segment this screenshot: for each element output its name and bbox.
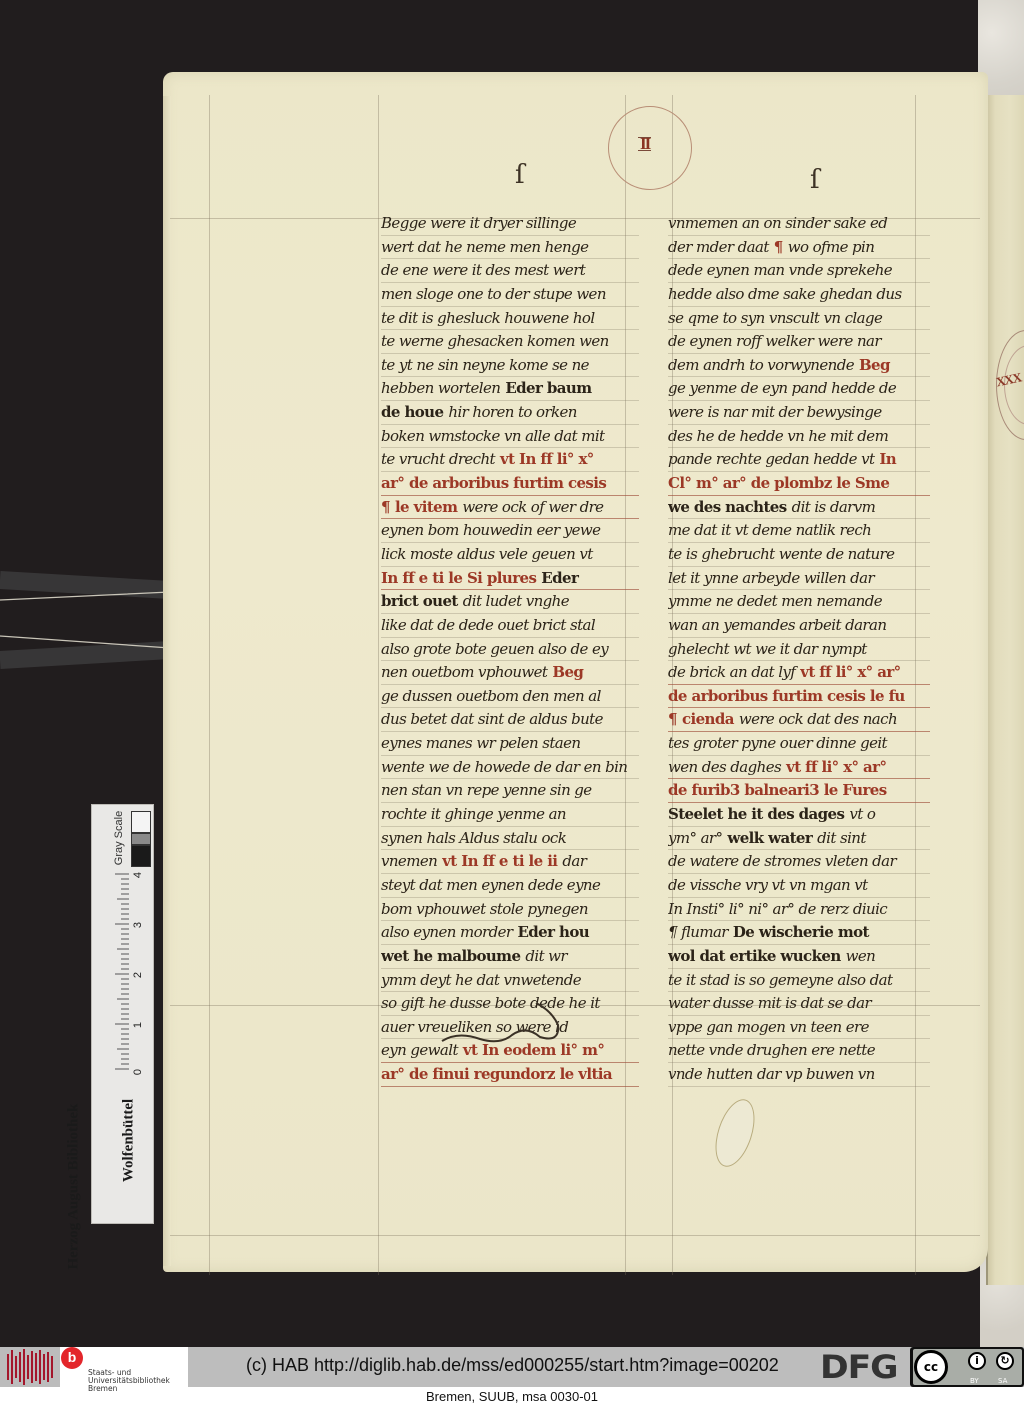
manuscript-line: like dat de dede ouet brict stal xyxy=(381,614,639,638)
rubric-paragraph-mark: Beg xyxy=(859,356,890,374)
manuscript-line: ym° ar°welk waterdit sint xyxy=(668,827,930,851)
folio-number: II xyxy=(638,137,651,151)
line-text: dit is darvm xyxy=(792,498,876,516)
line-text: dede eynen man vnde sprekehe xyxy=(668,261,892,279)
manuscript-line: ymm deyt he dat vnwetende xyxy=(381,969,639,993)
line-text: de watere de stromes vleten dar xyxy=(668,852,896,870)
rubric-citation: cienda xyxy=(682,710,734,728)
manuscript-line: de furib3 balneari3 le Fures xyxy=(668,779,930,803)
manuscript-line: wente we de howede de dar en bin xyxy=(381,756,639,780)
rubric-citation: ar° de finui regundorz le vltia xyxy=(381,1065,612,1083)
next-leaf xyxy=(986,95,1024,1285)
manuscript-line: ghelecht wt we it dar nympt xyxy=(668,638,930,662)
line-text: wo ofme pin xyxy=(788,238,875,256)
line-text: ge dussen ouetbom den men al xyxy=(381,687,601,705)
line-text: synen hals Aldus stalu ock xyxy=(381,829,566,847)
manuscript-line: rochte it ghinge yenme an xyxy=(381,803,639,827)
manuscript-line: were is nar mit der bewysinge xyxy=(668,401,930,425)
manuscript-line: brict ouetdit ludet vnghe xyxy=(381,590,639,614)
manuscript-line: te it stad is so gemeyne also dat xyxy=(668,969,930,993)
manuscript-line: water dusse mit is dat se dar xyxy=(668,992,930,1016)
manuscript-line: de vissche vry vt vn mgan vt xyxy=(668,874,930,898)
text-column-right: vnmemen an on sinder sake edder mder daa… xyxy=(668,212,930,1087)
manuscript-line: te werne ghesacken komen wen xyxy=(381,330,639,354)
manuscript-line: de houehir horen to orken xyxy=(381,401,639,425)
rubric-paragraph-mark: ¶ xyxy=(774,238,783,256)
line-text: ym° ar° xyxy=(668,829,722,847)
rubric-citation: de furib3 balneari3 le Fures xyxy=(668,781,887,799)
manuscript-line: Begge were it dryer sillinge xyxy=(381,212,639,236)
rubric-citation: vt ff li° x° ar° xyxy=(786,758,886,776)
line-text: Begge were it dryer sillinge xyxy=(381,214,576,232)
rubric-citation: vt ff li° x° ar° xyxy=(800,663,900,681)
line-text: pande rechte gedan hedde vt xyxy=(668,450,874,468)
line-text: ymme ne dedet men nemande xyxy=(668,592,882,610)
rubric-citation: le vitem xyxy=(395,498,457,516)
manuscript-line: de watere de stromes vleten dar xyxy=(668,850,930,874)
line-text: bom vphouwet stole pynegen xyxy=(381,900,588,918)
line-text: wen xyxy=(846,947,876,965)
manuscript-line: bom vphouwet stole pynegen xyxy=(381,898,639,922)
line-text: wen des daghes xyxy=(668,758,781,776)
line-filler-flourish xyxy=(440,1003,590,1053)
line-text: dit sint xyxy=(817,829,866,847)
library-barcode-logo xyxy=(0,1347,60,1387)
share-alike-icon: ↻ xyxy=(996,1352,1014,1370)
manuscript-line: Cl° m° ar° de plombz le Sme xyxy=(668,472,930,496)
line-text: dit wr xyxy=(525,947,567,965)
manuscript-line: ge yenme de eyn pand hedde de xyxy=(668,377,930,401)
line-text: wert dat he neme men henge xyxy=(381,238,588,256)
manuscript-line: also eynen morderEder hou xyxy=(381,921,639,945)
line-text: like dat de dede ouet brict stal xyxy=(381,616,595,634)
ruler-number: 4 xyxy=(132,872,144,878)
manuscript-line: wan an yemandes arbeit daran xyxy=(668,614,930,638)
line-text: dit ludet vnghe xyxy=(463,592,569,610)
manuscript-line: pande rechte gedan hedde vtIn xyxy=(668,448,930,472)
rubric-citation: de arboribus furtim cesis le fu xyxy=(668,687,905,705)
gray-swatch-black xyxy=(131,845,151,867)
line-text: hir horen to orken xyxy=(448,403,576,421)
manuscript-line: men sloge one to der stupe wen xyxy=(381,283,639,307)
ascender-flourish: ſ xyxy=(810,165,820,195)
scale-card-content: Gray Scale 4 3 2 1 0 Herzog August Bibli… xyxy=(91,804,154,1224)
manuscript-line: wet he malboumedit wr xyxy=(381,945,639,969)
manuscript-line: de ene were it des mest wert xyxy=(381,259,639,283)
manuscript-line: nen ouetbom vphouwetBeg xyxy=(381,661,639,685)
manuscript-line: des he de hedde vn he mit dem xyxy=(668,425,930,449)
line-text: te yt ne sin neyne kome se ne xyxy=(381,356,589,374)
manuscript-line: wen des daghesvt ff li° x° ar° xyxy=(668,756,930,780)
line-text: vppe gan mogen vn teen ere xyxy=(668,1018,869,1036)
manuscript-line: se qme to syn vnscult vn clage xyxy=(668,307,930,331)
rubric-paragraph-mark: ¶ xyxy=(668,710,677,728)
leaf-edge xyxy=(163,96,171,1266)
copyright-url-link[interactable]: (c) HAB http://diglib.hab.de/mss/ed00025… xyxy=(246,1355,779,1376)
manuscript-line: wol dat ertike wuckenwen xyxy=(668,945,930,969)
chapter-lemma: welk water xyxy=(727,829,812,847)
line-text: eynen bom houwedin eer yewe xyxy=(381,521,600,539)
chapter-lemma: brict ouet xyxy=(381,592,458,610)
manuscript-line: te vrucht drechtvt In ff li° x° xyxy=(381,448,639,472)
line-text: de brick an dat lyf xyxy=(668,663,795,681)
manuscript-scan: XXX II ſ ſ Begge were it dryer sillingew… xyxy=(0,0,1024,1347)
line-text: der mder daat xyxy=(668,238,769,256)
scale-card-institution: Herzog August Bibliothek xyxy=(66,1000,83,1270)
manuscript-line: vppe gan mogen vn teen ere xyxy=(668,1016,930,1040)
line-text: also eynen morder xyxy=(381,923,512,941)
manuscript-line: de arboribus furtim cesis le fu xyxy=(668,685,930,709)
manuscript-line: me dat it vt deme natlik rech xyxy=(668,519,930,543)
dfg-logo: DFG xyxy=(820,1350,897,1384)
chapter-lemma: De wischerie mot xyxy=(733,923,869,941)
manuscript-line: Steelet he it des dagesvt o xyxy=(668,803,930,827)
line-text: vnemen xyxy=(381,852,437,870)
ruling-line xyxy=(209,95,210,1275)
ruling-line xyxy=(170,1235,980,1236)
manuscript-line: ¶le vitemwere ock of wer dre xyxy=(381,496,639,520)
manuscript-line: In ff e ti le Si pluresEder xyxy=(381,567,639,591)
manuscript-line: hebben wortelenEder baum xyxy=(381,377,639,401)
line-text: were is nar mit der bewysinge xyxy=(668,403,882,421)
line-text: dus betet dat sint de aldus bute xyxy=(381,710,603,728)
line-text: te it stad is so gemeyne also dat xyxy=(668,971,892,989)
line-text: ghelecht wt we it dar nympt xyxy=(668,640,867,658)
line-text: wan an yemandes arbeit daran xyxy=(668,616,886,634)
text-column-left: Begge were it dryer sillingewert dat he … xyxy=(381,212,639,1087)
chapter-lemma: wet he malboume xyxy=(381,947,520,965)
manuscript-line: ar° de arboribus furtim cesis xyxy=(381,472,639,496)
gray-swatch-mid xyxy=(131,833,151,845)
line-text: te is ghebrucht wente de nature xyxy=(668,545,894,563)
gray-swatch-white xyxy=(131,811,151,833)
manuscript-line: ¶ flumarDe wischerie mot xyxy=(668,921,930,945)
license-by-label: BY xyxy=(970,1377,979,1385)
line-text: tes groter pyne ouer dinne geit xyxy=(668,734,887,752)
line-text: nen stan vn repe yenne sin ge xyxy=(381,781,592,799)
manuscript-line: wert dat he neme men henge xyxy=(381,236,639,260)
scale-card-city: Wolfenbüttel xyxy=(121,1006,138,1276)
ruler-number: 3 xyxy=(132,922,144,928)
manuscript-line: boken wmstocke vn alle dat mit xyxy=(381,425,639,449)
manuscript-line: ge dussen ouetbom den men al xyxy=(381,685,639,709)
rubric-citation: In ff e ti le Si plures xyxy=(381,569,536,587)
manuscript-line: let it ynne arbeyde willen dar xyxy=(668,567,930,591)
chapter-lemma: Eder baum xyxy=(505,379,591,397)
rubric-citation: ar° de arboribus furtim cesis xyxy=(381,474,606,492)
rubric-citation: In xyxy=(879,450,896,468)
line-text: wente we de howede de dar en bin xyxy=(381,758,627,776)
line-text: were ock of wer dre xyxy=(462,498,603,516)
manuscript-line: de brick an dat lyfvt ff li° x° ar° xyxy=(668,661,930,685)
line-text: water dusse mit is dat se dar xyxy=(668,994,871,1012)
ascender-flourish: ſ xyxy=(515,160,525,190)
manuscript-line: te is ghebrucht wente de nature xyxy=(668,543,930,567)
gray-scale-label: Gray Scale xyxy=(113,811,125,865)
chapter-lemma: de houe xyxy=(381,403,443,421)
line-text: te dit is ghesluck houwene hol xyxy=(381,309,595,327)
manuscript-line: synen hals Aldus stalu ock xyxy=(381,827,639,851)
line-text: nette vnde drughen ere nette xyxy=(668,1041,875,1059)
line-text: vnmemen an on sinder sake ed xyxy=(668,214,887,232)
ruler-number: 2 xyxy=(132,972,144,978)
line-text: de ene were it des mest wert xyxy=(381,261,585,279)
line-text: let it ynne arbeyde willen dar xyxy=(668,569,874,587)
line-text: de eynen roff welker were nar xyxy=(668,332,881,350)
rubric-paragraph-mark: ¶ xyxy=(381,498,390,516)
shelfmark-caption: Bremen, SUUB, msa 0030-01 xyxy=(0,1389,1024,1404)
manuscript-line: we des nachtesdit is darvm xyxy=(668,496,930,520)
ruling-line xyxy=(378,95,379,1275)
rubric-citation: vt In ff li° x° xyxy=(500,450,594,468)
line-text: dem andrh to vorwynende xyxy=(668,356,854,374)
manuscript-line: lick moste aldus vele geuen vt xyxy=(381,543,639,567)
attribution-icon: i xyxy=(968,1352,986,1370)
line-text: te vrucht drecht xyxy=(381,450,495,468)
chapter-lemma: Steelet he it des dages xyxy=(668,805,844,823)
line-text: men sloge one to der stupe wen xyxy=(381,285,606,303)
line-text: rochte it ghinge yenme an xyxy=(381,805,566,823)
rubric-citation: vt In ff e ti le ii xyxy=(442,852,557,870)
manuscript-line: dede eynen man vnde sprekehe xyxy=(668,259,930,283)
line-text: also grote bote geuen also de ey xyxy=(381,640,608,658)
chapter-lemma: Eder xyxy=(541,569,578,587)
manuscript-line: vnde hutten dar vp buwen vn xyxy=(668,1063,930,1087)
line-text: dar xyxy=(562,852,586,870)
cc-icon: cc xyxy=(914,1350,948,1384)
rubric-citation: Cl° m° ar° de plombz le Sme xyxy=(668,474,889,492)
manuscript-line: de eynen roff welker were nar xyxy=(668,330,930,354)
line-text: eynes manes wr pelen staen xyxy=(381,734,581,752)
manuscript-line: eynes manes wr pelen staen xyxy=(381,732,639,756)
manuscript-line: steyt dat men eynen dede eyne xyxy=(381,874,639,898)
chapter-lemma: Eder hou xyxy=(517,923,589,941)
manuscript-line: nette vnde drughen ere nette xyxy=(668,1039,930,1063)
manuscript-line: tes groter pyne ouer dinne geit xyxy=(668,732,930,756)
line-text: ge yenme de eyn pand hedde de xyxy=(668,379,896,397)
manuscript-line: ar° de finui regundorz le vltia xyxy=(381,1063,639,1087)
line-text: boken wmstocke vn alle dat mit xyxy=(381,427,604,445)
manuscript-line: ymme ne dedet men nemande xyxy=(668,590,930,614)
line-text: des he de hedde vn he mit dem xyxy=(668,427,888,445)
line-text: se qme to syn vnscult vn clage xyxy=(668,309,882,327)
line-text: nen ouetbom vphouwet xyxy=(381,663,547,681)
line-text: lick moste aldus vele geuen vt xyxy=(381,545,593,563)
suub-logo-icon: b xyxy=(61,1347,83,1369)
manuscript-line: der mder daat¶wo ofme pin xyxy=(668,236,930,260)
chapter-lemma: wol dat ertike wucken xyxy=(668,947,841,965)
manuscript-line: te yt ne sin neyne kome se ne xyxy=(381,354,639,378)
line-text: hebben wortelen xyxy=(381,379,500,397)
manuscript-line: ¶ciendawere ock dat des nach xyxy=(668,708,930,732)
chapter-lemma: we des nachtes xyxy=(668,498,787,516)
line-text: ymm deyt he dat vnwetende xyxy=(381,971,581,989)
line-text: were ock dat des nach xyxy=(739,710,897,728)
manuscript-line: also grote bote geuen also de ey xyxy=(381,638,639,662)
line-text: steyt dat men eynen dede eyne xyxy=(381,876,600,894)
line-text: hedde also dme sake ghedan dus xyxy=(668,285,902,303)
manuscript-line: te dit is ghesluck houwene hol xyxy=(381,307,639,331)
manuscript-line: nen stan vn repe yenne sin ge xyxy=(381,779,639,803)
manuscript-line: dus betet dat sint de aldus bute xyxy=(381,708,639,732)
manuscript-line: hedde also dme sake ghedan dus xyxy=(668,283,930,307)
rubric-paragraph-mark: Beg xyxy=(552,663,583,681)
manuscript-line: In Insti° li° ni° ar° de rerz diuic xyxy=(668,898,930,922)
manuscript-line: dem andrh to vorwynendeBeg xyxy=(668,354,930,378)
line-text: In Insti° li° ni° ar° de rerz diuic xyxy=(668,900,887,918)
line-text: vt o xyxy=(849,805,875,823)
line-text: me dat it vt deme natlik rech xyxy=(668,521,871,539)
manuscript-line: vnmemen an on sinder sake ed xyxy=(668,212,930,236)
line-text: ¶ flumar xyxy=(668,923,728,941)
line-text: te werne ghesacken komen wen xyxy=(381,332,609,350)
manuscript-line: vnemenvt In ff e ti le iidar xyxy=(381,850,639,874)
line-text: vnde hutten dar vp buwen vn xyxy=(668,1065,875,1083)
license-sa-label: SA xyxy=(998,1377,1007,1385)
line-text: de vissche vry vt vn mgan vt xyxy=(668,876,868,894)
manuscript-line: eynen bom houwedin eer yewe xyxy=(381,519,639,543)
